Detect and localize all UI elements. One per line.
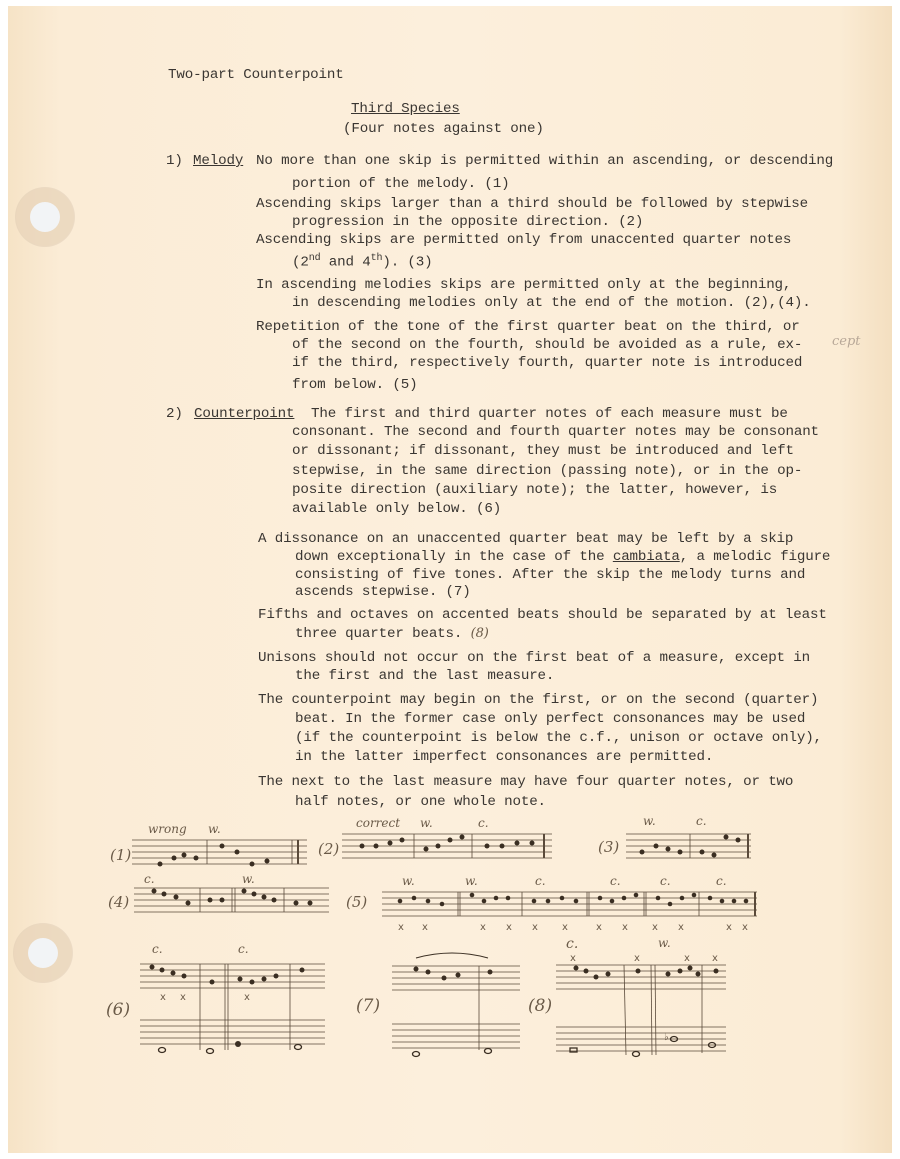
svg-text:x: x bbox=[180, 992, 186, 1003]
section-1-line: Ascending skips are permitted only from … bbox=[256, 232, 791, 248]
section-1-ordinal-line: (2nd and 4th). (3) bbox=[292, 253, 433, 271]
example-2-annotation: c. bbox=[478, 816, 489, 830]
example-3-label: (3) bbox=[598, 838, 619, 856]
section-1-line: in descending melodies only at the end o… bbox=[292, 295, 811, 311]
section-2-line: posite direction (auxiliary note); the l… bbox=[292, 482, 777, 498]
section-2-line: beat. In the former case only perfect co… bbox=[295, 711, 805, 727]
punch-hole-top bbox=[30, 202, 60, 232]
example-5-annotation: c. bbox=[535, 874, 546, 888]
section-2-line: Fifths and octaves on accented beats sho… bbox=[258, 607, 827, 623]
pencil-margin-note: cept bbox=[832, 334, 861, 349]
section-1-line: No more than one skip is permitted withi… bbox=[256, 153, 833, 169]
example-4-label: (4) bbox=[108, 893, 129, 911]
example-5-annotation: c. bbox=[610, 874, 621, 888]
punch-hole-bottom bbox=[28, 938, 58, 968]
section-1-line: portion of the melody. (1) bbox=[292, 176, 509, 192]
svg-text:x: x bbox=[532, 922, 538, 933]
svg-text:x: x bbox=[678, 922, 684, 933]
svg-text:x: x bbox=[622, 922, 628, 933]
example-3-annotation: c. bbox=[696, 814, 707, 828]
svg-text:x: x bbox=[726, 922, 732, 933]
section-2-heading: Counterpoint bbox=[194, 406, 294, 422]
music-staff-example-2 bbox=[342, 830, 552, 864]
music-grand-staff-example-6: xxx bbox=[140, 960, 330, 1060]
svg-text:x: x bbox=[652, 922, 658, 933]
example-6-annotation: c. bbox=[152, 942, 163, 956]
document-subtitle: (Four notes against one) bbox=[343, 121, 544, 137]
section-2-line: available only below. (6) bbox=[292, 501, 501, 517]
svg-text:x: x bbox=[684, 955, 690, 964]
example-3-annotation: w. bbox=[643, 814, 656, 828]
section-1-heading: Melody bbox=[193, 153, 243, 169]
music-staff-example-4 bbox=[134, 884, 329, 918]
section-2-line: (if the counterpoint is below the c.f., … bbox=[295, 730, 822, 746]
svg-text:x: x bbox=[398, 922, 404, 933]
svg-text:x: x bbox=[160, 992, 166, 1003]
section-2-line-with-ref: three quarter beats. (8) bbox=[295, 626, 489, 642]
svg-text:x: x bbox=[562, 922, 568, 933]
svg-text:x: x bbox=[506, 922, 512, 933]
svg-text:x: x bbox=[570, 955, 576, 964]
example-5-annotation: w. bbox=[402, 874, 415, 888]
section-1-line: Repetition of the tone of the first quar… bbox=[256, 319, 800, 335]
section-2-line: consonant. The second and fourth quarter… bbox=[292, 424, 819, 440]
document-header: Two-part Counterpoint bbox=[168, 67, 344, 83]
svg-text:x: x bbox=[742, 922, 748, 933]
svg-text:x: x bbox=[634, 955, 640, 964]
music-grand-staff-example-8: xxxx♭ bbox=[556, 955, 731, 1065]
example-8-annotation: w. bbox=[658, 936, 671, 950]
section-1-number: 1) bbox=[166, 153, 183, 169]
section-2-line: The next to the last measure may have fo… bbox=[258, 774, 793, 790]
section-2-line: stepwise, in the same direction (passing… bbox=[292, 463, 802, 479]
section-1-line: if the third, respectively fourth, quart… bbox=[292, 355, 802, 371]
music-staff-example-3 bbox=[626, 830, 756, 864]
section-1-line: progression in the opposite direction. (… bbox=[292, 214, 643, 230]
section-1-line: Ascending skips larger than a third shou… bbox=[256, 196, 808, 212]
section-2-cambiata-line: down exceptionally in the case of the ca… bbox=[295, 549, 830, 565]
example-6-label: (6) bbox=[106, 1000, 130, 1020]
section-1-line: In ascending melodies skips are permitte… bbox=[256, 277, 791, 293]
section-2-line: in the latter imperfect consonances are … bbox=[295, 749, 713, 765]
svg-text:x: x bbox=[480, 922, 486, 933]
section-2-number: 2) bbox=[166, 406, 183, 422]
example-2-annotation: correct bbox=[356, 816, 400, 830]
svg-text:x: x bbox=[244, 992, 250, 1003]
svg-text:♭: ♭ bbox=[664, 1032, 669, 1043]
example-2-label: (2) bbox=[318, 840, 339, 858]
section-2-line: The first and third quarter notes of eac… bbox=[311, 406, 788, 422]
svg-text:x: x bbox=[596, 922, 602, 933]
svg-text:x: x bbox=[712, 955, 718, 964]
music-staff-example-1 bbox=[132, 834, 307, 874]
section-1-line: from below. (5) bbox=[292, 377, 417, 393]
section-2-line: half notes, or one whole note. bbox=[295, 794, 546, 810]
music-staff-example-5: xxxxxxxxxxxx bbox=[382, 888, 762, 934]
example-2-annotation: w. bbox=[420, 816, 433, 830]
section-2-line: The counterpoint may begin on the first,… bbox=[258, 692, 818, 708]
example-7-label: (7) bbox=[356, 996, 380, 1016]
section-2-line: the first and the last measure. bbox=[295, 668, 554, 684]
section-2-line: Unisons should not occur on the first be… bbox=[258, 650, 810, 666]
document-title: Third Species bbox=[351, 101, 460, 117]
example-5-annotation: c. bbox=[716, 874, 727, 888]
example-8-label: (8) bbox=[528, 996, 552, 1016]
music-grand-staff-example-7 bbox=[392, 950, 527, 1060]
svg-text:x: x bbox=[422, 922, 428, 933]
section-2-line: A dissonance on an unaccented quarter be… bbox=[258, 531, 793, 547]
example-8-annotation: c. bbox=[566, 936, 578, 952]
example-5-annotation: c. bbox=[660, 874, 671, 888]
example-5-annotation: w. bbox=[465, 874, 478, 888]
section-2-line: consisting of five tones. After the skip… bbox=[295, 567, 805, 583]
section-2-line: or dissonant; if dissonant, they must be… bbox=[292, 443, 794, 459]
section-2-line: ascends stepwise. (7) bbox=[295, 584, 471, 600]
example-6-annotation: c. bbox=[238, 942, 249, 956]
section-1-line: of the second on the fourth, should be a… bbox=[292, 337, 802, 353]
example-5-label: (5) bbox=[346, 893, 367, 911]
example-1-label: (1) bbox=[110, 846, 131, 864]
